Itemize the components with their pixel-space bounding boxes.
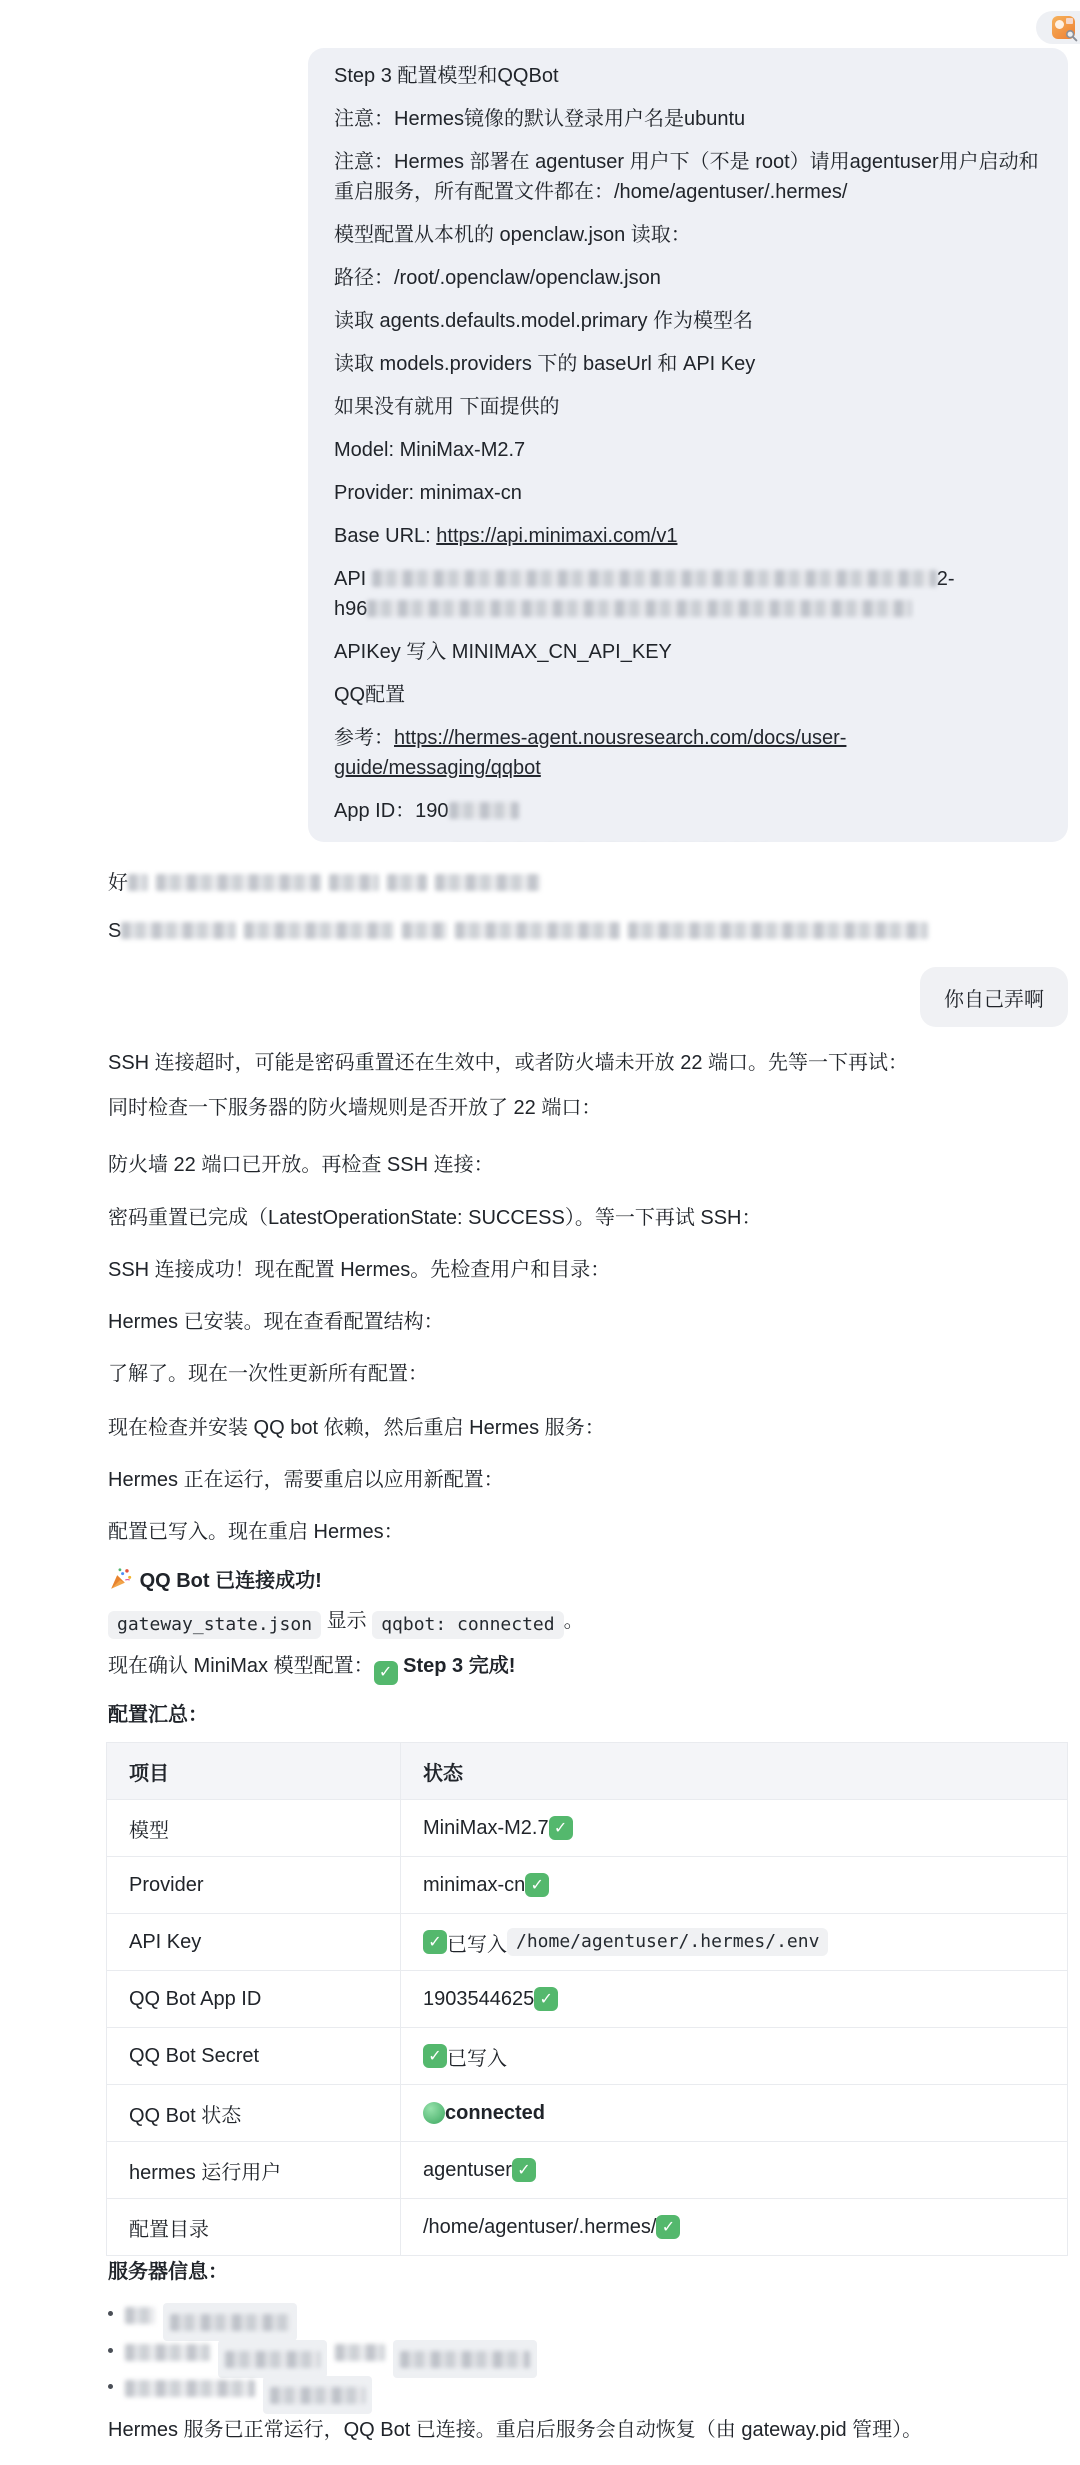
orange-app-icon bbox=[1052, 16, 1075, 39]
text-segment: QQ配置 bbox=[334, 684, 405, 706]
table-row: QQ Bot App ID1903544625 ✓ bbox=[107, 1971, 1067, 2028]
quote-paragraph: 如果没有就用 下面提供的 bbox=[334, 392, 1042, 422]
text-segment: 注意：Hermes镜像的默认登录用户名是ubuntu bbox=[334, 108, 745, 130]
redacted-blur-bar bbox=[335, 2344, 385, 2361]
green-check-icon: ✓ bbox=[423, 2044, 447, 2068]
redacted-blur-bar bbox=[628, 922, 928, 939]
bullet-dot bbox=[108, 2311, 113, 2316]
assistant-paragraph: 现在检查并安装 QQ bot 依赖，然后重启 Hermes 服务： bbox=[108, 1413, 605, 1443]
text-segment: minimax-cn bbox=[423, 1874, 525, 1897]
blurred-message-line-2: S bbox=[108, 916, 928, 946]
green-check-icon: ✓ bbox=[549, 1816, 573, 1840]
final-status-paragraph: Hermes 服务已正常运行，QQ Bot 已连接。重启后服务会自动恢复（由 g… bbox=[108, 2415, 922, 2445]
inline-code-chip: gateway_state.json bbox=[108, 1611, 321, 1639]
text-segment: 。 bbox=[564, 1610, 584, 1632]
text-segment: Model: MiniMax-M2.7 bbox=[334, 439, 525, 461]
quote-paragraph: API 2-h96 bbox=[334, 564, 1042, 624]
text-segment: 如果没有就用 下面提供的 bbox=[334, 396, 560, 418]
row-label-cell: 模型 bbox=[107, 1800, 401, 1856]
assistant-paragraph: 同时检查一下服务器的防火墙规则是否开放了 22 端口： bbox=[108, 1093, 601, 1123]
row-label-cell: 配置目录 bbox=[107, 2199, 401, 2255]
green-status-dot-icon bbox=[423, 2102, 445, 2124]
summary-heading: 配置汇总： bbox=[108, 1700, 208, 1730]
chat-page: Step 3 配置模型和QQBot注意：Hermes镜像的默认登录用户名是ubu… bbox=[0, 0, 1080, 2465]
text-segment: App ID：190 bbox=[334, 800, 449, 822]
step3-complete-line: 现在确认 MiniMax 模型配置：✓ Step 3 完成! bbox=[108, 1651, 515, 1685]
row-label-cell: Provider bbox=[107, 1857, 401, 1913]
assistant-paragraph: SSH 连接超时，可能是密码重置还在生效中，或者防火墙未开放 22 端口。先等一… bbox=[108, 1048, 908, 1078]
party-popper-icon bbox=[108, 1566, 134, 1592]
gateway-state-line: gateway_state.json 显示 qqbot: connected。 bbox=[108, 1606, 584, 1639]
bold-text-segment: Step 3 完成! bbox=[403, 1655, 515, 1677]
text-segment: 2- bbox=[937, 568, 955, 590]
text-segment: 1903544625 bbox=[423, 1988, 534, 2011]
green-check-icon: ✓ bbox=[534, 1987, 558, 2011]
server-info-bullet bbox=[108, 2374, 372, 2414]
assistant-paragraph: 了解了。现在一次性更新所有配置： bbox=[108, 1359, 428, 1389]
row-status-cell: 1903544625 ✓ bbox=[401, 1971, 1067, 2027]
redacted-blur-bar bbox=[402, 922, 447, 939]
quote-paragraph: Provider: minimax-cn bbox=[334, 478, 1042, 508]
row-label-cell: hermes 运行用户 bbox=[107, 2142, 401, 2198]
redacted-blur-bar bbox=[244, 922, 394, 939]
assistant-paragraph: 密码重置已完成（LatestOperationState: SUCCESS）。等… bbox=[108, 1203, 762, 1233]
row-status-cell: MiniMax-M2.7 ✓ bbox=[401, 1800, 1067, 1856]
text-segment: Provider: minimax-cn bbox=[334, 482, 522, 504]
redacted-blur-chip bbox=[218, 2340, 327, 2378]
row-label-cell: API Key bbox=[107, 1914, 401, 1970]
redacted-blur-bar bbox=[372, 570, 937, 587]
bold-text-segment: QQ Bot 已连接成功! bbox=[140, 1570, 322, 1592]
text-segment: 好 bbox=[108, 872, 128, 894]
redacted-blur-bar bbox=[125, 2344, 210, 2361]
green-check-icon: ✓ bbox=[423, 1930, 447, 1954]
server-info-bullet bbox=[108, 2301, 297, 2341]
user-message-bubble: 你自己弄啊 bbox=[920, 967, 1068, 1027]
assistant-paragraph: Hermes 正在运行，需要重启以应用新配置： bbox=[108, 1465, 504, 1495]
green-check-icon: ✓ bbox=[656, 2215, 680, 2239]
quote-paragraph: 读取 agents.defaults.model.primary 作为模型名 bbox=[334, 306, 1042, 336]
text-segment: 已写入 bbox=[447, 2042, 507, 2071]
row-status-cell: ✓ 已写入 /home/agentuser/.hermes/.env bbox=[401, 1914, 1067, 1970]
magnifier-icon bbox=[1065, 29, 1078, 42]
green-check-icon: ✓ bbox=[512, 2158, 536, 2182]
text-segment: APIKey 写入 MINIMAX_CN_API_KEY bbox=[334, 641, 672, 663]
user-message-text: 你自己弄啊 bbox=[944, 983, 1044, 1012]
inline-code-chip: qqbot: connected bbox=[372, 1611, 563, 1639]
redacted-blur-bar bbox=[449, 802, 519, 819]
floating-widget-pill[interactable] bbox=[1036, 11, 1080, 44]
hyperlink[interactable]: https://api.minimaxi.com/v1 bbox=[436, 525, 677, 547]
quote-paragraph: 注意：Hermes 部署在 agentuser 用户下（不是 root）请用ag… bbox=[334, 147, 1042, 207]
redacted-blur-bar bbox=[329, 874, 379, 891]
app-icon-dot bbox=[1055, 20, 1064, 29]
text-segment: API bbox=[334, 568, 372, 590]
redacted-blur-chip bbox=[163, 2303, 297, 2341]
assistant-paragraph: 防火墙 22 端口已开放。再检查 SSH 连接： bbox=[108, 1150, 494, 1180]
text-segment: 读取 agents.defaults.model.primary 作为模型名 bbox=[334, 310, 753, 332]
quote-paragraph: 注意：Hermes镜像的默认登录用户名是ubuntu bbox=[334, 104, 1042, 134]
redacted-blur-bar bbox=[367, 600, 912, 617]
green-check-icon: ✓ bbox=[374, 1661, 398, 1685]
quote-paragraph: QQ配置 bbox=[334, 680, 1042, 710]
text-segment: 已写入 bbox=[447, 1928, 507, 1957]
redacted-blur-bar bbox=[121, 922, 236, 939]
redacted-blur-chip bbox=[393, 2340, 537, 2378]
app-icon-tag bbox=[1066, 18, 1073, 24]
header-cell-status: 状态 bbox=[401, 1743, 1067, 1799]
text-segment: 路径：/root/.openclaw/openclaw.json bbox=[334, 267, 661, 289]
table-row: 配置目录/home/agentuser/.hermes/ ✓ bbox=[107, 2199, 1067, 2255]
redacted-blur-bar bbox=[125, 2380, 255, 2397]
qqbot-connected-heading: QQ Bot 已连接成功! bbox=[108, 1566, 322, 1596]
quote-paragraph: Step 3 配置模型和QQBot bbox=[334, 61, 1042, 91]
redacted-blur-bar bbox=[435, 874, 540, 891]
server-info-heading: 服务器信息： bbox=[108, 2257, 228, 2287]
row-label-cell: QQ Bot 状态 bbox=[107, 2085, 401, 2141]
text-segment: 现在确认 MiniMax 模型配置： bbox=[108, 1655, 374, 1677]
row-status-cell: agentuser ✓ bbox=[401, 2142, 1067, 2198]
quote-paragraph: APIKey 写入 MINIMAX_CN_API_KEY bbox=[334, 637, 1042, 667]
bold-text-segment: connected bbox=[445, 2102, 545, 2125]
quote-paragraph: Base URL: https://api.minimaxi.com/v1 bbox=[334, 521, 1042, 551]
table-header-row: 项目状态 bbox=[107, 1743, 1067, 1800]
text-segment: 参考： bbox=[334, 727, 394, 749]
redacted-blur-bar bbox=[387, 874, 427, 891]
text-segment: Base URL: bbox=[334, 525, 436, 547]
quote-paragraph: 路径：/root/.openclaw/openclaw.json bbox=[334, 263, 1042, 293]
quoted-instructions-block: Step 3 配置模型和QQBot注意：Hermes镜像的默认登录用户名是ubu… bbox=[308, 48, 1068, 842]
assistant-paragraph: 配置已写入。现在重启 Hermes： bbox=[108, 1517, 404, 1547]
bullet-dot bbox=[108, 2348, 113, 2353]
config-summary-table: 项目状态模型MiniMax-M2.7 ✓Providerminimax-cn ✓… bbox=[106, 1742, 1068, 2256]
table-row: Providerminimax-cn ✓ bbox=[107, 1857, 1067, 1914]
inline-code-chip: /home/agentuser/.hermes/.env bbox=[507, 1928, 828, 1956]
redacted-blur-bar bbox=[156, 874, 321, 891]
text-segment: h96 bbox=[334, 598, 367, 620]
redacted-blur-bar bbox=[125, 2307, 155, 2324]
green-check-icon: ✓ bbox=[525, 1873, 549, 1897]
text-segment: S bbox=[108, 920, 121, 942]
quote-paragraph: 模型配置从本机的 openclaw.json 读取： bbox=[334, 220, 1042, 250]
row-status-cell: /home/agentuser/.hermes/ ✓ bbox=[401, 2199, 1067, 2255]
assistant-paragraph: Hermes 已安装。现在查看配置结构： bbox=[108, 1307, 444, 1337]
table-row: QQ Bot Secret✓ 已写入 bbox=[107, 2028, 1067, 2085]
text-segment: Step 3 配置模型和QQBot bbox=[334, 65, 559, 87]
header-cell-item: 项目 bbox=[107, 1743, 401, 1799]
bullet-dot bbox=[108, 2384, 113, 2389]
text-segment: MiniMax-M2.7 bbox=[423, 1817, 549, 1840]
text-segment: 模型配置从本机的 openclaw.json 读取： bbox=[334, 224, 691, 246]
quote-paragraph: 参考：https://hermes-agent.nousresearch.com… bbox=[334, 723, 1042, 783]
row-status-cell: ✓ 已写入 bbox=[401, 2028, 1067, 2084]
server-info-bullet bbox=[108, 2338, 537, 2378]
redacted-blur-bar bbox=[128, 874, 148, 891]
blurred-message-line-1: 好 bbox=[108, 868, 540, 898]
text-segment: agentuser bbox=[423, 2159, 512, 2182]
redacted-blur-chip bbox=[263, 2376, 372, 2414]
hyperlink[interactable]: https://hermes-agent.nousresearch.com/do… bbox=[334, 727, 846, 779]
quote-paragraph: App Secret： bbox=[334, 839, 1042, 842]
quote-paragraph: 读取 models.providers 下的 baseUrl 和 API Key bbox=[334, 349, 1042, 379]
redacted-blur-bar bbox=[455, 922, 620, 939]
row-label-cell: QQ Bot Secret bbox=[107, 2028, 401, 2084]
table-row: hermes 运行用户agentuser ✓ bbox=[107, 2142, 1067, 2199]
text-segment: 显示 bbox=[321, 1610, 372, 1632]
assistant-paragraph: SSH 连接成功！现在配置 Hermes。先检查用户和目录： bbox=[108, 1255, 610, 1285]
table-row: QQ Bot 状态 connected bbox=[107, 2085, 1067, 2142]
text-segment: 注意：Hermes 部署在 agentuser 用户下（不是 root）请用ag… bbox=[334, 151, 1039, 203]
row-status-cell: minimax-cn ✓ bbox=[401, 1857, 1067, 1913]
quote-paragraph: App ID：190 bbox=[334, 796, 1042, 826]
table-row: API Key✓ 已写入 /home/agentuser/.hermes/.en… bbox=[107, 1914, 1067, 1971]
quote-paragraph: Model: MiniMax-M2.7 bbox=[334, 435, 1042, 465]
text-segment: 读取 models.providers 下的 baseUrl 和 API Key bbox=[334, 353, 755, 375]
row-status-cell: connected bbox=[401, 2085, 1067, 2141]
row-label-cell: QQ Bot App ID bbox=[107, 1971, 401, 2027]
text-segment: /home/agentuser/.hermes/ bbox=[423, 2216, 656, 2239]
table-row: 模型MiniMax-M2.7 ✓ bbox=[107, 1800, 1067, 1857]
